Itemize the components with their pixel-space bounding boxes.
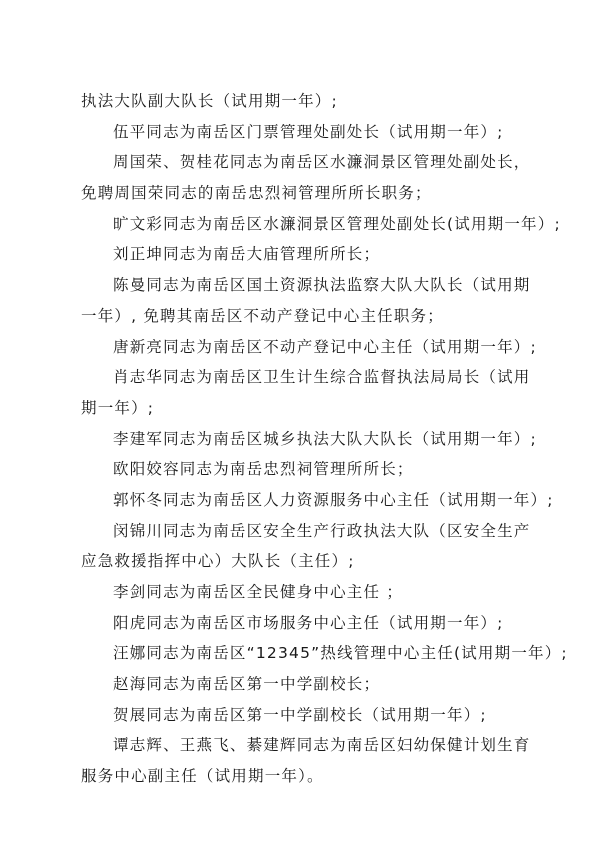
text-line: 唐新亮同志为南岳区不动产登记中心主任（试用期一年）; [81,332,523,363]
text-line: 应急救援指挥中心）大队长（主任）; [81,546,523,577]
page-number: 4 [82,770,87,780]
text-line: 周国荣、贺桂花同志为南岳区水濂洞景区管理处副处长， [81,147,523,178]
text-line: 期一年）; [81,393,523,424]
text-line: 服务中心副主任（试用期一年）。 [81,761,523,792]
text-line: 执法大队副大队长（试用期一年）; [81,86,523,117]
text-line: 汪娜同志为南岳区“12345”热线管理中心主任(试用期一年）; [81,638,523,669]
text-line: 闵锦川同志为南岳区安全生产行政执法大队（区安全生产 [81,516,523,547]
text-line: 欧阳姣容同志为南岳忠烈祠管理所所长； [81,454,523,485]
text-line: 谭志辉、王燕飞、綦建辉同志为南岳区妇幼保健计划生育 [81,730,523,761]
text-line: 一年）, 免聘其南岳区不动产登记中心主任职务； [81,301,523,332]
text-line: 郭怀冬同志为南岳区人力资源服务中心主任（试用期一年）; [81,485,523,516]
text-line: 旷文彩同志为南岳区水濂洞景区管理处副处长(试用期一年）; [81,209,523,240]
text-line: 李剑同志为南岳区全民健身中心主任 ； [81,577,523,608]
text-line: 肖志华同志为南岳区卫生计生综合监督执法局局长（试用 [81,362,523,393]
text-line: 刘正坤同志为南岳大庙管理所所长； [81,239,523,270]
text-line: 伍平同志为南岳区门票管理处副处长（试用期一年）; [81,117,523,148]
text-line: 阳虎同志为南岳区市场服务中心主任（试用期一年）; [81,608,523,639]
document-body: 执法大队副大队长（试用期一年）; 伍平同志为南岳区门票管理处副处长（试用期一年）… [81,86,523,792]
text-line: 贺展同志为南岳区第一中学副校长（试用期一年）; [81,700,523,731]
text-line: 李建军同志为南岳区城乡执法大队大队长（试用期一年）; [81,424,523,455]
text-line: 赵海同志为南岳区第一中学副校长； [81,669,523,700]
text-line: 陈曼同志为南岳区国土资源执法监察大队大队长（试用期 [81,270,523,301]
text-line: 免聘周国荣同志的南岳忠烈祠管理所所长职务； [81,178,523,209]
